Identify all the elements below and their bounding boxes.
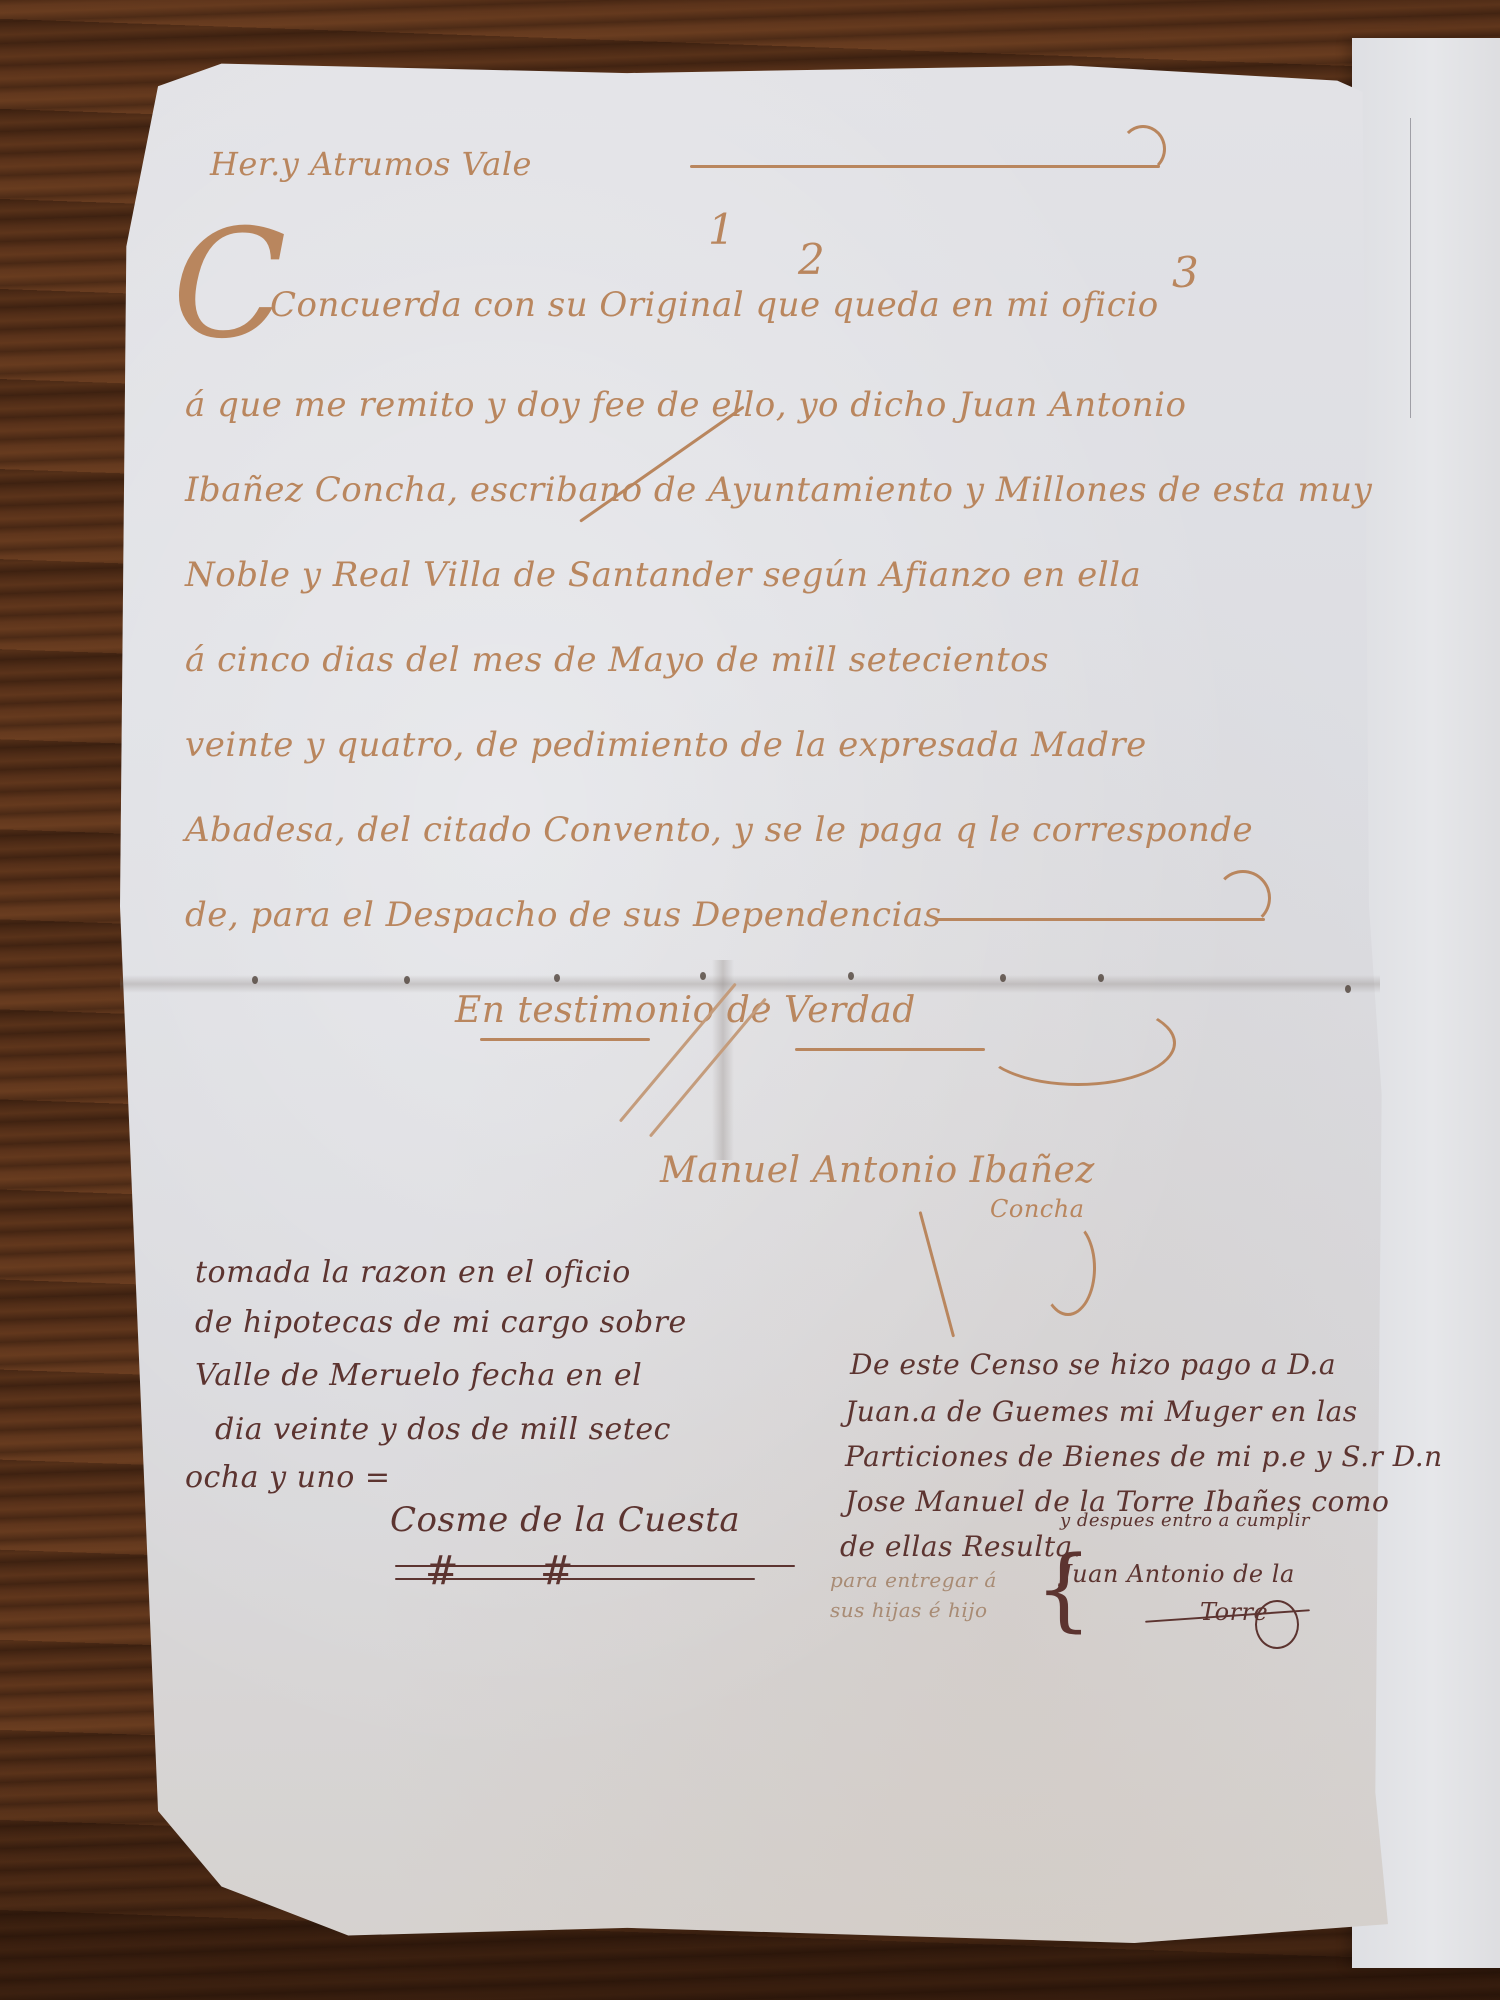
body-line: Noble y Real Villa de Santander según Af… (185, 555, 1141, 595)
registry-note-line: Valle de Meruelo fecha en el (195, 1358, 642, 1393)
body-line: de, para el Despacho de sus Dependencias (185, 895, 942, 935)
payment-margin-note: sus hijas é hijo (830, 1598, 988, 1622)
payment-signature: Juan Antonio de la (1062, 1560, 1295, 1588)
pin-hole (1000, 974, 1006, 982)
body-line: á cinco dias del mes de Mayo de mill set… (185, 640, 1049, 680)
body-line: á que me remito y doy fee de ello, yo di… (185, 385, 1186, 425)
header-flourish (1120, 125, 1166, 173)
pin-hole (404, 976, 410, 984)
pin-hole (554, 974, 560, 982)
marginal-mark: 1 (708, 205, 735, 254)
paper-crack (1410, 118, 1411, 418)
header-title: Her.y Atrumos Vale (210, 145, 532, 183)
registry-note-line: tomada la razon en el oficio (195, 1255, 631, 1290)
payment-note-line: Particiones de Bienes de mi p.e y S.r D.… (845, 1440, 1443, 1473)
body-line: veinte y quatro, de pedimiento de la exp… (185, 725, 1147, 765)
attestation-underline (795, 1048, 985, 1051)
closing-rule (935, 918, 1265, 921)
payment-note-line: Juan.a de Guemes mi Muger en las (845, 1395, 1358, 1428)
brace-mark: { (1035, 1545, 1092, 1635)
pin-hole (252, 976, 258, 984)
closing-flourish (1215, 870, 1271, 926)
pin-hole (848, 972, 854, 980)
header-rule (690, 165, 1160, 168)
pin-hole (1345, 985, 1351, 993)
pin-hole (700, 972, 706, 980)
registry-note-line: dia veinte y dos de mill setec (215, 1412, 671, 1447)
registry-note-line: de hipotecas de mi cargo sobre (195, 1305, 687, 1340)
payment-interlinear: y despues entro a cumplir (1060, 1510, 1310, 1531)
attestation-underline (480, 1038, 650, 1041)
hash-mark: # (425, 1548, 459, 1594)
notary-signature-surname: Concha (990, 1195, 1084, 1223)
registry-signature: Cosme de la Cuesta (390, 1500, 740, 1540)
attestation-text: En testimonio de Verdad (455, 990, 916, 1031)
marginal-mark: 3 (1172, 248, 1199, 297)
body-line: Abadesa, del citado Convento, y se le pa… (185, 810, 1253, 850)
marginal-mark: 2 (798, 235, 825, 284)
hash-mark: # (540, 1548, 574, 1594)
pin-hole (1098, 974, 1104, 982)
rubric-flourish (1040, 1220, 1096, 1316)
attestation-flourish (980, 1000, 1176, 1086)
registry-note-line: ocha y uno = (185, 1460, 390, 1495)
payment-rubric (1255, 1600, 1299, 1649)
payment-note-line: De este Censo se hizo pago a D.a (850, 1348, 1336, 1381)
body-line: Concuerda con su Original que queda en m… (270, 285, 1159, 325)
notary-signature: Manuel Antonio Ibañez (660, 1150, 1095, 1191)
body-line: Ibañez Concha, escribano de Ayuntamiento… (185, 470, 1372, 510)
payment-margin-note: para entregar á (830, 1568, 997, 1592)
